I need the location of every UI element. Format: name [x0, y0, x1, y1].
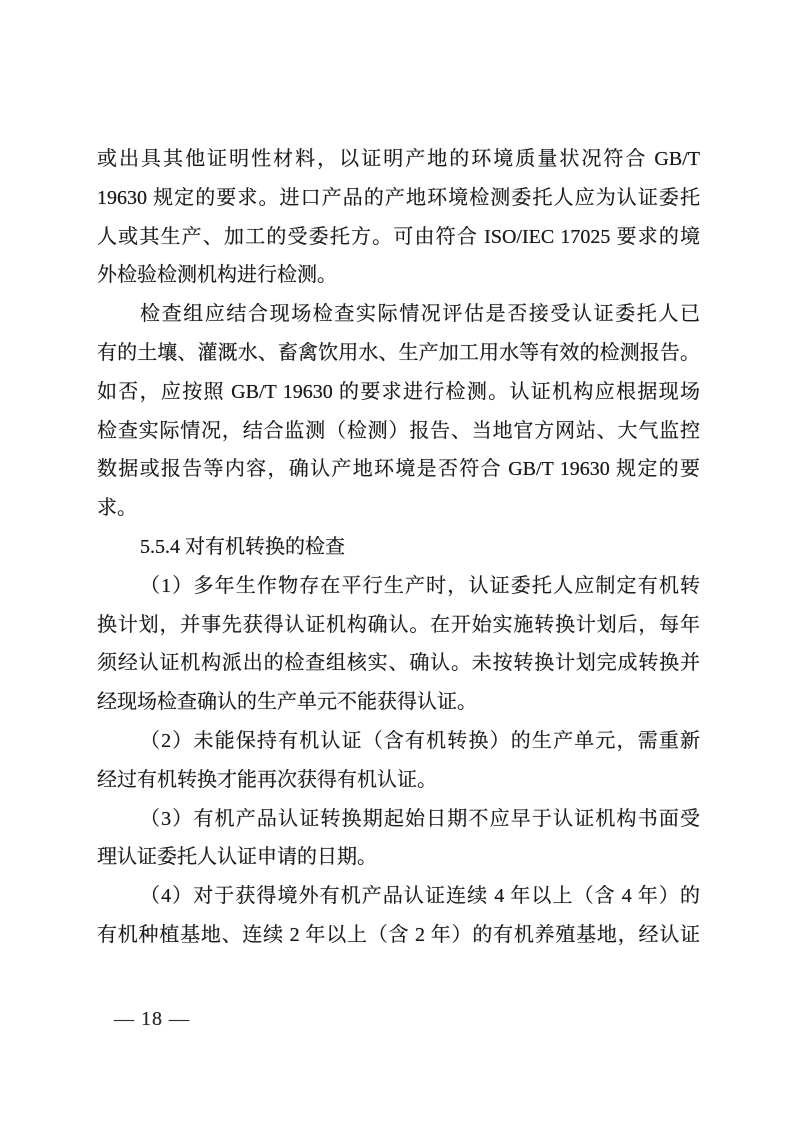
text-line: 有的土壤、灌溉水、畜禽饮用水、生产加工用水等有效的检测报告。: [97, 334, 700, 373]
paragraph-item-1-perennial-crops: （1）多年生作物存在平行生产时，认证委托人应制定有机转换计划，并事先获得认证机构…: [97, 567, 700, 722]
text-line: 理认证委托人认证申请的日期。: [97, 838, 700, 877]
heading-5-5-4-organic-conversion-inspection: 5.5.4 对有机转换的检查: [97, 528, 700, 567]
text-line: 换计划，并事先获得认证机构确认。在开始实施转换计划后，每年: [97, 606, 700, 645]
text-line: 经现场检查确认的生产单元不能获得认证。: [97, 683, 700, 722]
text-line: 检查组应结合现场检查实际情况评估是否接受认证委托人已: [97, 295, 700, 334]
text-line: （3）有机产品认证转换期起始日期不应早于认证机构书面受: [97, 800, 700, 839]
document-page: 或出具其他证明性材料，以证明产地的环境质量状况符合 GB/T19630 规定的要…: [0, 0, 794, 1123]
text-line: 或出具其他证明性材料，以证明产地的环境质量状况符合 GB/T: [97, 140, 700, 179]
text-line: 须经认证机构派出的检查组核实、确认。未按转换计划完成转换并: [97, 644, 700, 683]
text-line: 经过有机转换才能再次获得有机认证。: [97, 761, 700, 800]
text-line: 19630 规定的要求。进口产品的产地环境检测委托人应为认证委托: [97, 179, 700, 218]
paragraph-environment-testing: 或出具其他证明性材料，以证明产地的环境质量状况符合 GB/T19630 规定的要…: [97, 140, 700, 295]
text-line: 外检验检测机构进行检测。: [97, 256, 700, 295]
text-line: 数据或报告等内容，确认产地环境是否符合 GB/T 19630 规定的要: [97, 450, 700, 489]
text-line: 人或其生产、加工的受委托方。可由符合 ISO/IEC 17025 要求的境: [97, 218, 700, 257]
text-line: （1）多年生作物存在平行生产时，认证委托人应制定有机转: [97, 567, 700, 606]
paragraph-item-3-conversion-start-date: （3）有机产品认证转换期起始日期不应早于认证机构书面受理认证委托人认证申请的日期…: [97, 800, 700, 878]
paragraph-item-2-failed-certification: （2）未能保持有机认证（含有机转换）的生产单元，需重新经过有机转换才能再次获得有…: [97, 722, 700, 800]
text-line: 检查实际情况，结合监测（检测）报告、当地官方网站、大气监控: [97, 412, 700, 451]
text-line: 有机种植基地、连续 2 年以上（含 2 年）的有机养殖基地，经认证: [97, 916, 700, 955]
text-line: （4）对于获得境外有机产品认证连续 4 年以上（含 4 年）的: [97, 877, 700, 916]
text-line: 5.5.4 对有机转换的检查: [97, 528, 700, 567]
text-line: 求。: [97, 489, 700, 528]
text-line: 如否，应按照 GB/T 19630 的要求进行检测。认证机构应根据现场: [97, 373, 700, 412]
paragraph-item-4-overseas-certification: （4）对于获得境外有机产品认证连续 4 年以上（含 4 年）的有机种植基地、连续…: [97, 877, 700, 955]
text-block: 或出具其他证明性材料，以证明产地的环境质量状况符合 GB/T19630 规定的要…: [97, 140, 700, 955]
paragraph-inspection-team-evaluation: 检查组应结合现场检查实际情况评估是否接受认证委托人已有的土壤、灌溉水、畜禽饮用水…: [97, 295, 700, 528]
text-line: （2）未能保持有机认证（含有机转换）的生产单元，需重新: [97, 722, 700, 761]
page-number: — 18 —: [114, 1006, 190, 1032]
